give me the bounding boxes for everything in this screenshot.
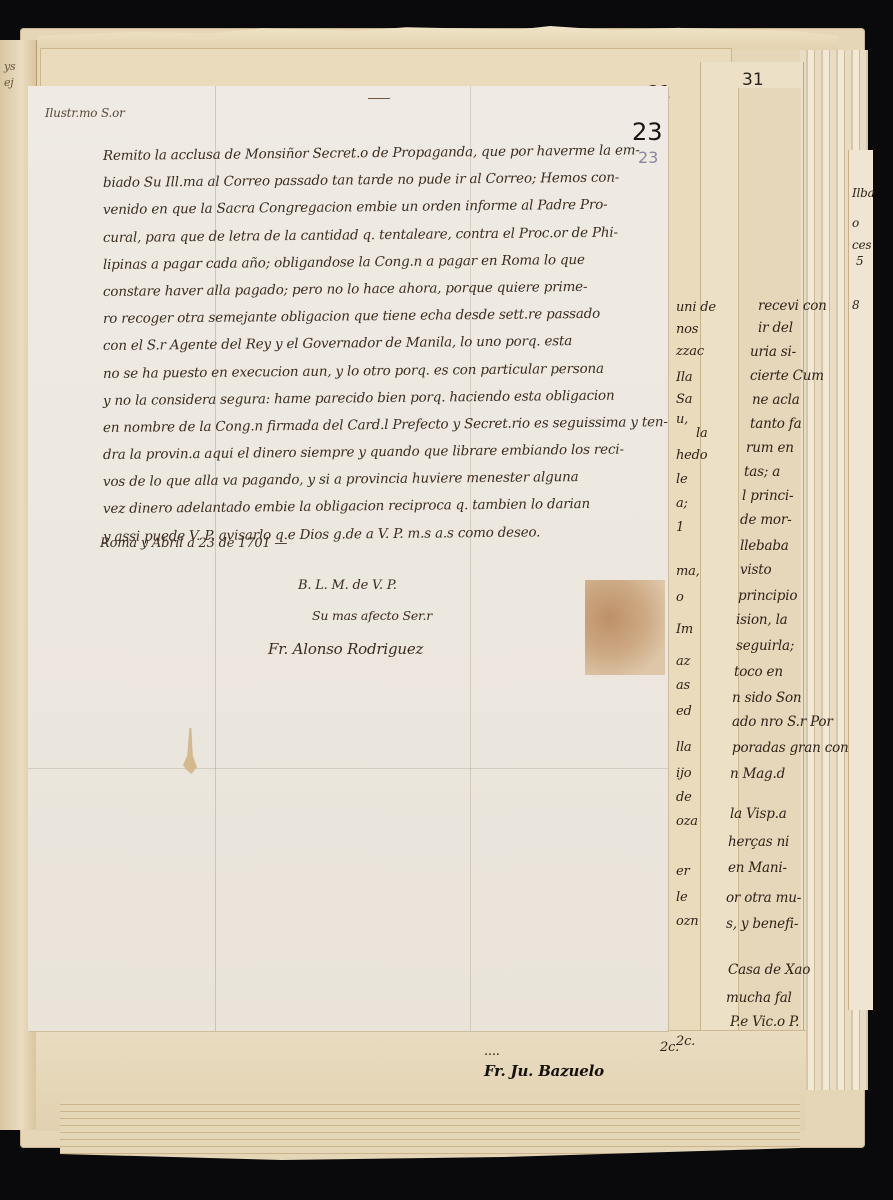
salutation: Ilustr.mo S.or bbox=[45, 106, 125, 120]
fragment: 1 bbox=[676, 520, 684, 535]
fragment: recevi con bbox=[758, 298, 827, 314]
fragment: n sido Son bbox=[732, 690, 801, 706]
fragment: az bbox=[676, 654, 690, 669]
fragment: ej bbox=[4, 76, 14, 89]
fragment: ma, bbox=[676, 564, 700, 579]
fragment: mucha fal bbox=[726, 990, 792, 1006]
fragment: de bbox=[676, 790, 692, 805]
fragment: Sa bbox=[676, 392, 692, 407]
fragment: ir del bbox=[758, 320, 793, 336]
fragment: nos bbox=[676, 322, 698, 337]
fragment: ne acla bbox=[752, 392, 800, 408]
fragment: en Mani- bbox=[728, 860, 787, 876]
signature: Fr. Alonso Rodriguez bbox=[268, 640, 423, 658]
fragment: P.e Vic.o P. bbox=[730, 1014, 799, 1030]
fragment: ozn bbox=[676, 914, 698, 929]
footer-signature: Fr. Ju. Bazuelo bbox=[484, 1062, 604, 1080]
fragment: o bbox=[852, 216, 859, 230]
fragment: principio bbox=[738, 588, 797, 604]
fragment: lla bbox=[676, 740, 691, 755]
fragment: rum en bbox=[746, 440, 794, 456]
fragment: hedo bbox=[676, 448, 707, 463]
fragment: zzac bbox=[676, 344, 704, 359]
fragment: herças ni bbox=[728, 834, 789, 850]
fragment: la Visp.a bbox=[730, 806, 787, 822]
fragment: Ilba bbox=[852, 186, 875, 200]
fragment: o bbox=[676, 590, 684, 605]
closing-servant: Su mas afecto Ser.r bbox=[312, 608, 432, 623]
fragment: ed bbox=[676, 704, 692, 719]
closing-formula: B. L. M. de V. P. bbox=[298, 578, 397, 593]
bottom-page-edges bbox=[60, 1100, 800, 1160]
fragment: toco en bbox=[734, 664, 783, 680]
fragment: as bbox=[676, 678, 690, 693]
fragment: tanto fa bbox=[750, 416, 801, 432]
footer-dots: .... bbox=[484, 1044, 500, 1059]
fragment: Im bbox=[676, 622, 693, 637]
fragment: ision, la bbox=[736, 612, 788, 628]
fragment: l princi- bbox=[742, 488, 793, 504]
fragment: or otra mu- bbox=[726, 890, 801, 906]
fragment: seguirla; bbox=[736, 638, 794, 654]
date-line: Roma y Abril a 23 de 1701 — bbox=[100, 536, 287, 551]
fragment: n Mag.d bbox=[730, 766, 785, 782]
fragment: oza bbox=[676, 814, 698, 829]
fragment: uria si- bbox=[750, 344, 796, 360]
top-mark bbox=[368, 98, 390, 99]
fragment: 5 bbox=[856, 254, 863, 268]
fragment: Ila bbox=[676, 370, 692, 385]
fragment: u, bbox=[676, 412, 688, 427]
fragment: 8 bbox=[852, 298, 859, 312]
fragment: le bbox=[676, 472, 687, 487]
fragment: ijo bbox=[676, 766, 691, 781]
fragment: de mor- bbox=[740, 512, 791, 528]
fragment: ys bbox=[4, 60, 15, 73]
fragment: visto bbox=[740, 562, 771, 578]
fragment: ado nro S.r Por bbox=[732, 714, 833, 730]
fragment: poradas gran con bbox=[732, 740, 849, 756]
fragment: ces bbox=[852, 238, 871, 252]
paper-stain bbox=[585, 580, 665, 675]
fragment: uni de bbox=[676, 300, 716, 315]
footer-note: 2c. bbox=[660, 1040, 679, 1055]
folio-number-second-underlying: 31 bbox=[742, 70, 764, 90]
fragment: la bbox=[696, 426, 708, 441]
letter-body: Remito la acclusa de Monsiñor Secret.o d… bbox=[103, 143, 663, 551]
fragment: s, y benefi- bbox=[726, 916, 798, 932]
fold-line bbox=[28, 768, 668, 769]
fragment: le bbox=[676, 890, 687, 905]
outer-tab-page bbox=[848, 150, 873, 1010]
fragment: cierte Cum bbox=[750, 368, 824, 384]
fragment: a; bbox=[676, 496, 688, 511]
fragment: llebaba bbox=[740, 538, 789, 554]
fragment: tas; a bbox=[744, 464, 780, 480]
fragment: Casa de Xao bbox=[728, 962, 810, 978]
fragment: er bbox=[676, 864, 690, 879]
